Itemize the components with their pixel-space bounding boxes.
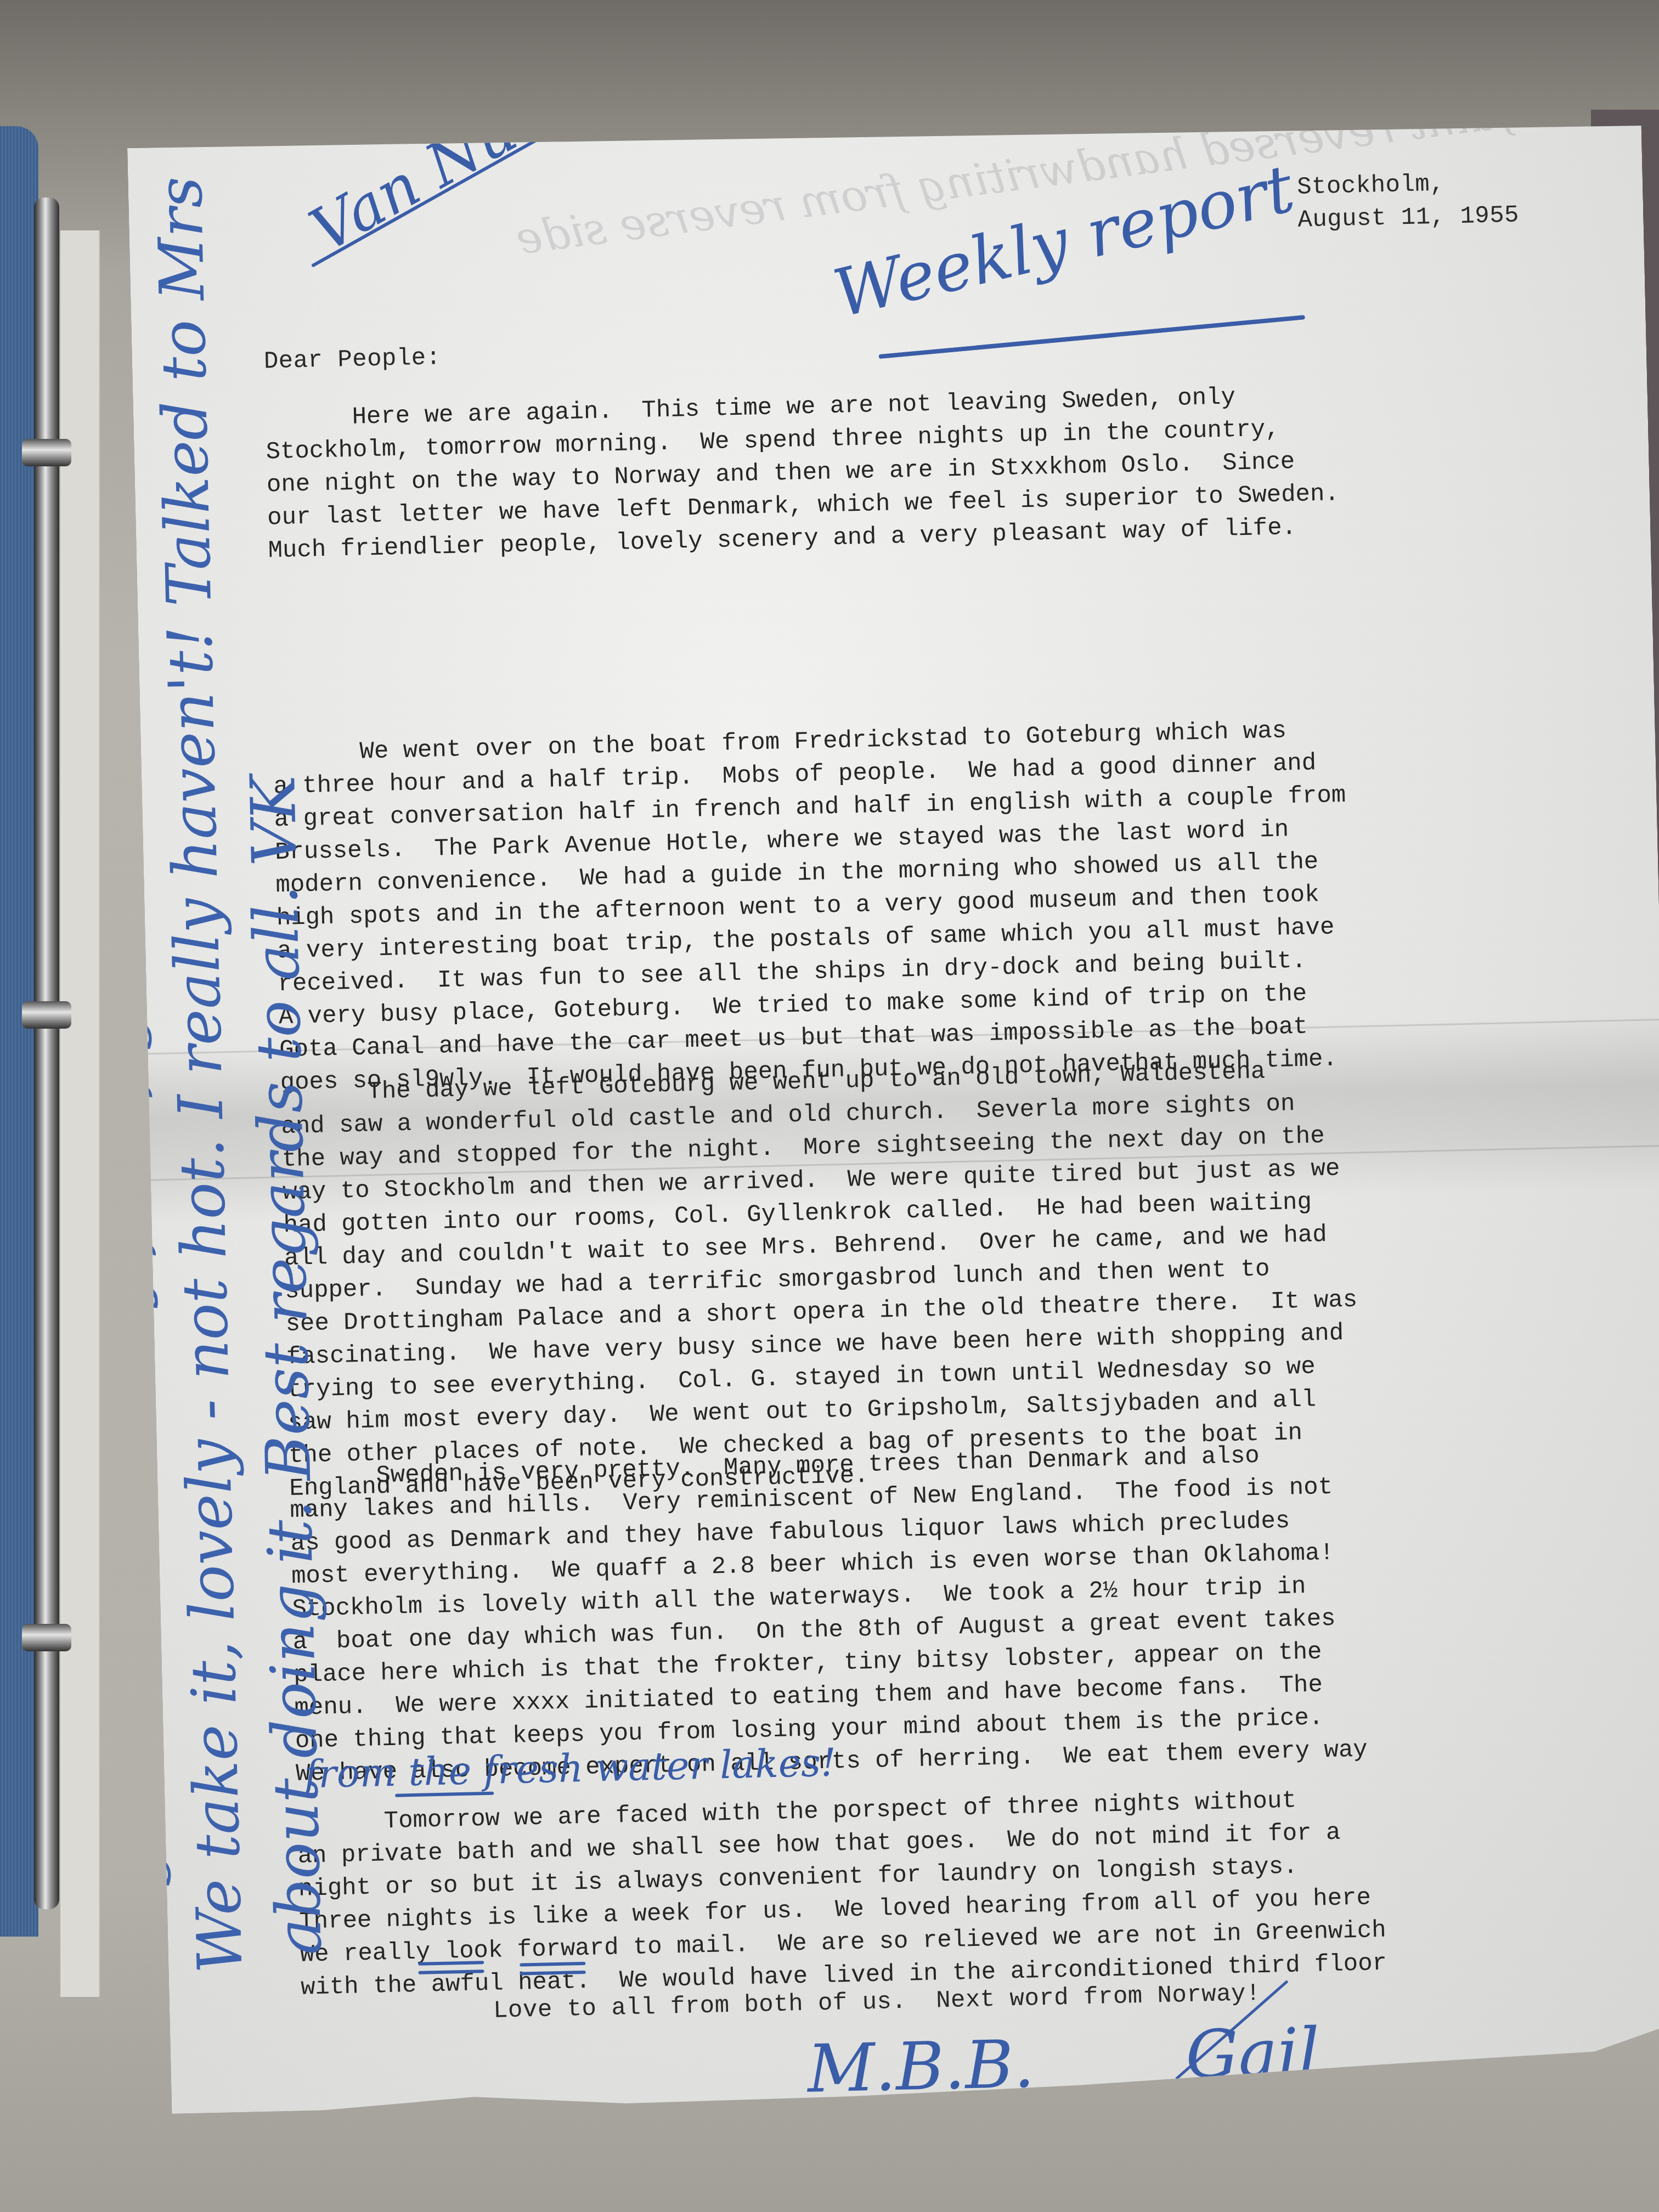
binder-cover xyxy=(0,126,38,1937)
letter-place: Stockholm, xyxy=(1296,168,1444,204)
signature-mbb: M.B.B. xyxy=(806,2026,1035,2107)
weekly-report-underline xyxy=(879,315,1305,359)
binder-ring-top xyxy=(22,439,71,466)
paragraph: Sweden is very pretty. Many more trees t… xyxy=(289,1437,1368,1791)
paragraph: Here we are again. This time we are not … xyxy=(265,379,1340,567)
binder-ring-middle xyxy=(22,1001,71,1029)
letter-salutation: Dear People: xyxy=(263,341,441,378)
paragraph: We went over on the boat from Fredrickst… xyxy=(272,713,1352,1099)
letter-page: faint reversed handwriting from reverse … xyxy=(127,114,1659,2134)
binder-ring-bottom xyxy=(22,1624,71,1651)
letter-date: August 11, 1955 xyxy=(1297,199,1520,236)
binder-left-page xyxy=(60,230,100,1997)
paragraph: The day we left Goteburg we went up to a… xyxy=(280,1053,1362,1505)
